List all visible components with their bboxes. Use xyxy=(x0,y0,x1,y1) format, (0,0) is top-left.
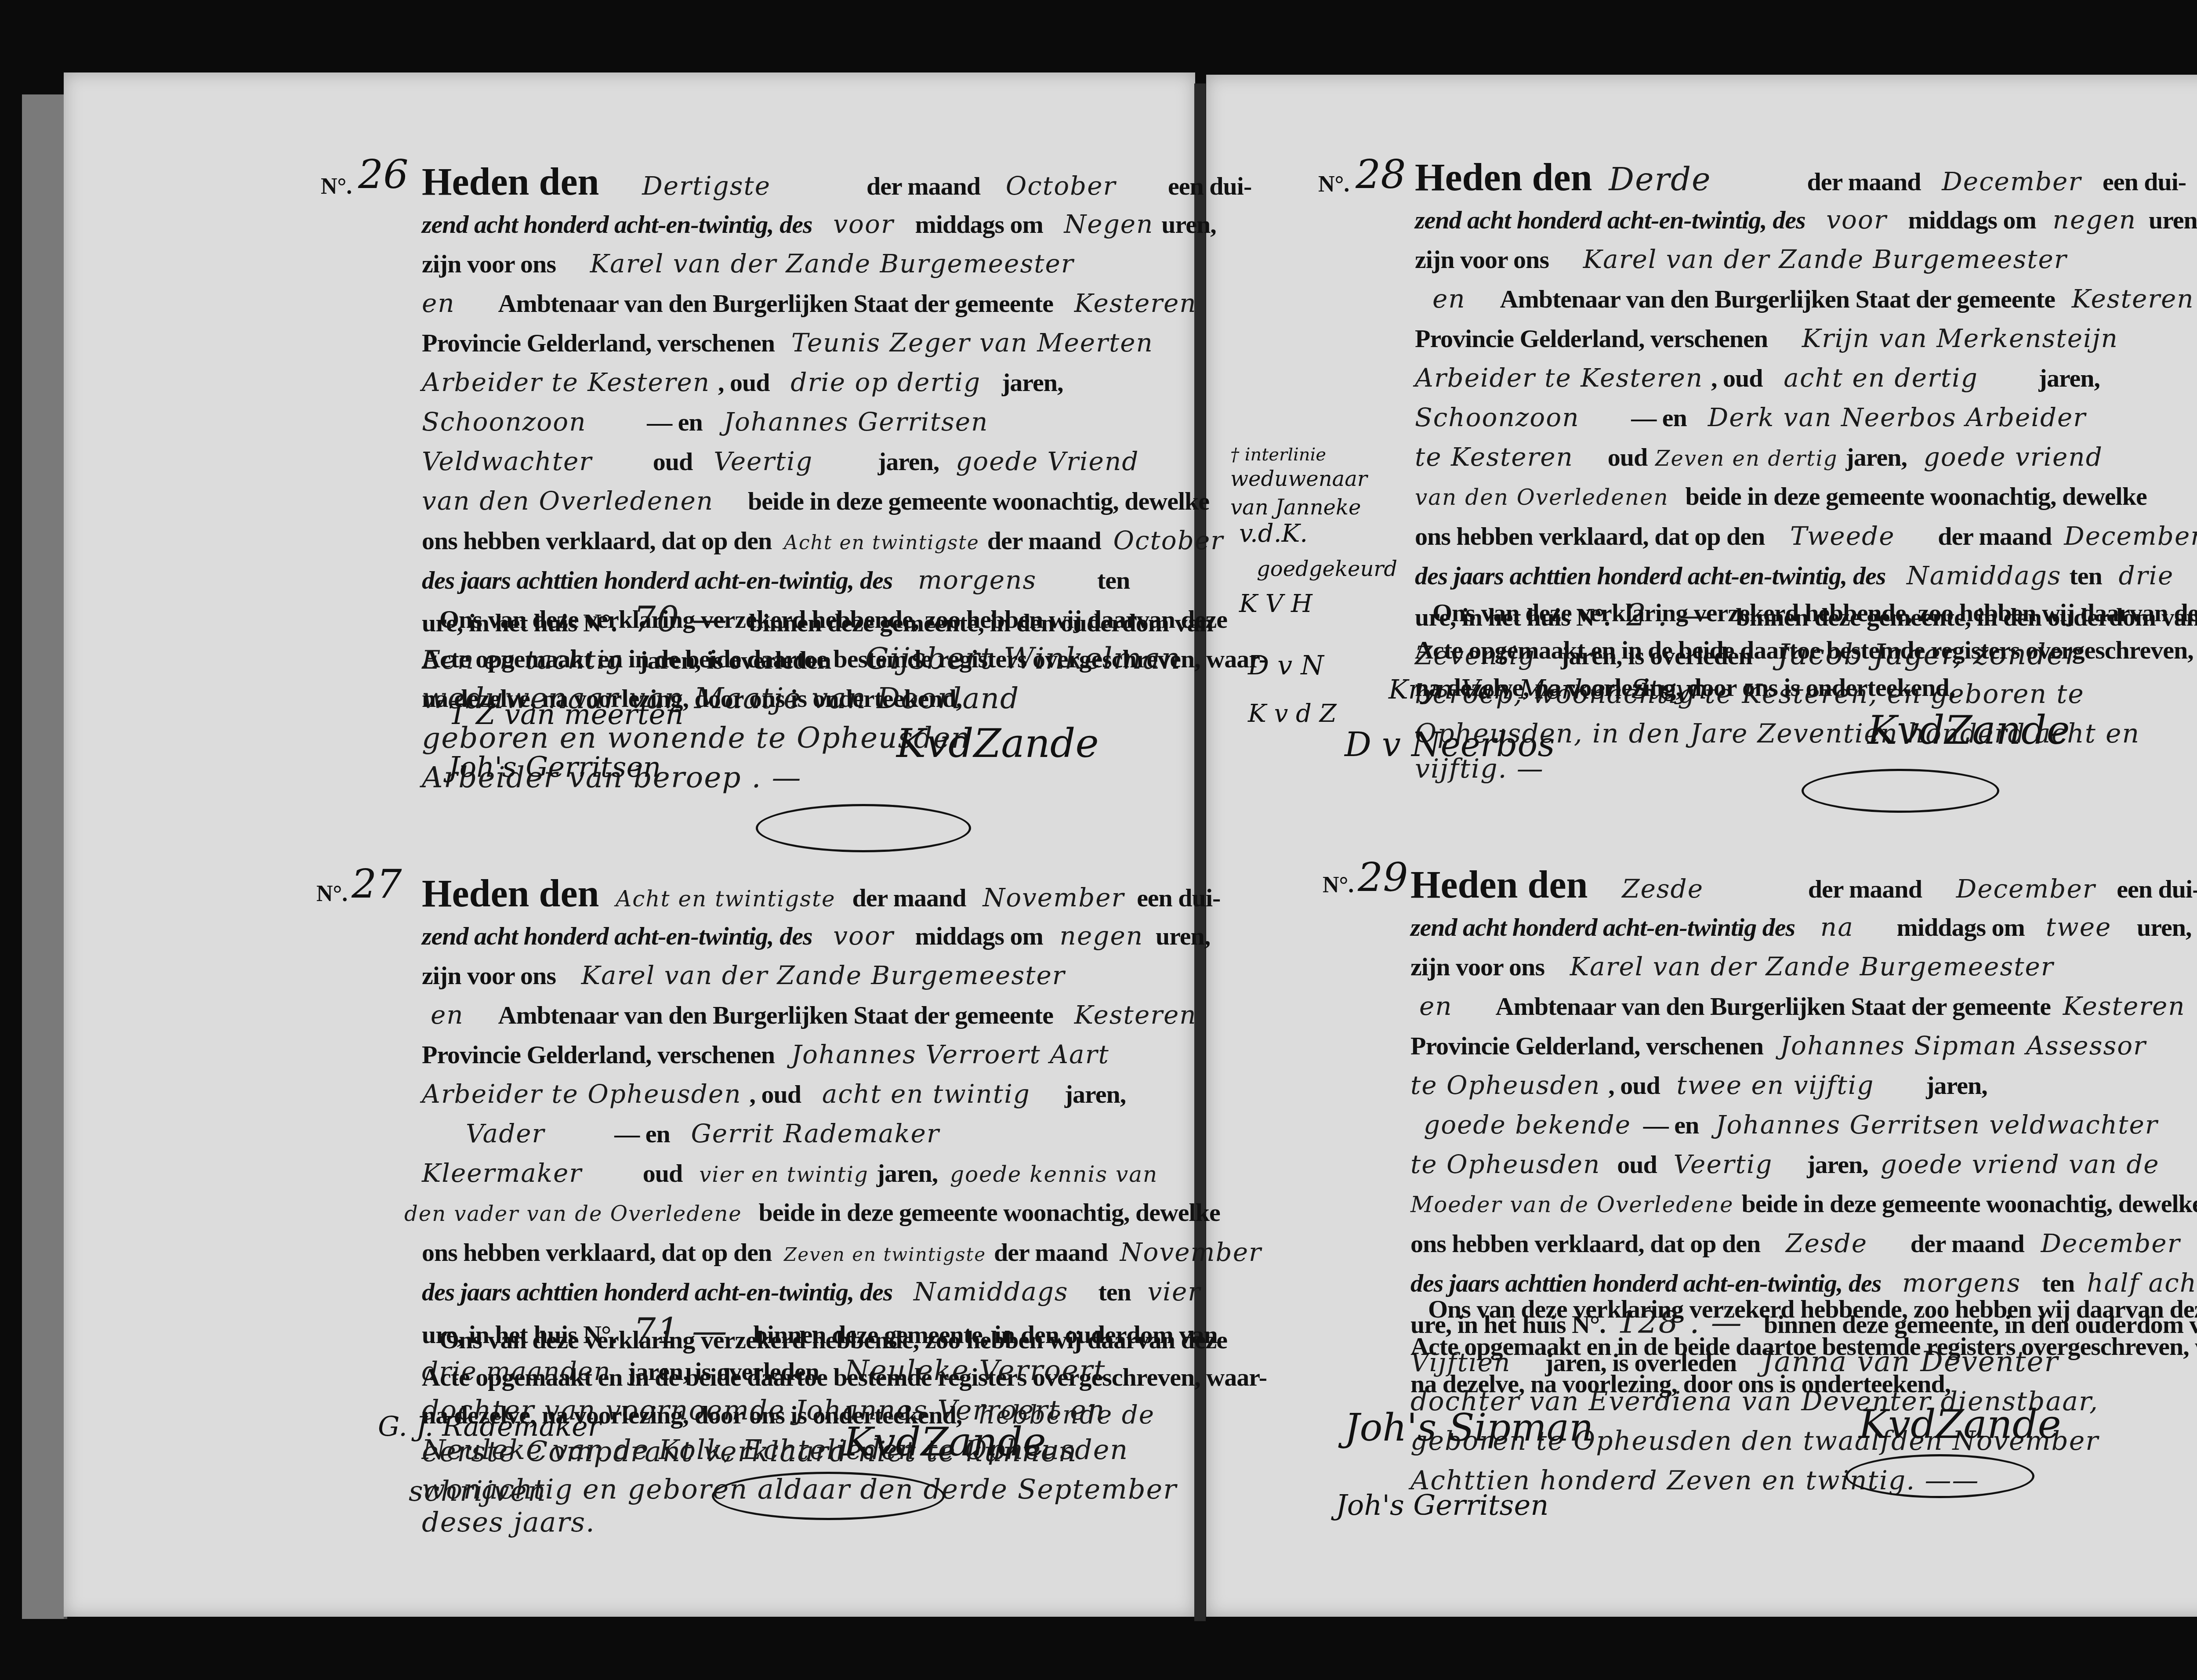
print-text: Heden den xyxy=(1410,864,1588,906)
handwritten-text: Arbeider te Kesteren xyxy=(1415,363,1703,393)
print-text: uren, xyxy=(2137,913,2191,941)
entry-line: des jaars achttien honderd acht-en-twint… xyxy=(1415,556,2174,595)
print-text: oud xyxy=(1608,443,1648,471)
entry-line: Arbeider te Opheusden , oud acht en twin… xyxy=(422,1074,1126,1114)
entry-line: Provincie Gelderland, verschenen Teunis … xyxy=(422,323,1153,362)
handwritten-text: den vader van de Overledene xyxy=(404,1202,742,1226)
print-text: Ons van deze verklaring verzekerd hebben… xyxy=(439,605,1227,634)
entry-line: van den Overledenen beide in deze gemeen… xyxy=(422,481,1209,521)
handwritten-text: en xyxy=(422,288,455,318)
print-text: ons hebben verklaard, dat op den xyxy=(1415,522,1765,550)
handwritten-month: October xyxy=(1006,171,1116,201)
print-text: Heden den xyxy=(422,161,599,203)
handwritten-text: Derk van Neerbos Arbeider xyxy=(1708,402,2086,432)
handwritten-text: voor xyxy=(833,209,894,239)
handwritten-text: goede vriend van de xyxy=(1881,1149,2160,1179)
entry-line: en Ambtenaar van den Burgerlijken Staat … xyxy=(1415,279,2194,319)
print-text: Heden den xyxy=(422,873,599,915)
handwritten-text: en xyxy=(1432,284,1466,314)
handwritten-text: drie op dertig xyxy=(790,367,981,397)
handwritten-text: Veertig xyxy=(1674,1149,1773,1179)
print-text: Provincie Gelderland, verschenen xyxy=(1415,324,1768,353)
entry-line: ons hebben verklaard, dat op den Zesde d… xyxy=(1410,1224,2180,1263)
handwritten-text: Karel van der Zande Burgemeester xyxy=(581,960,1066,990)
entry-line: zend acht honderd acht-en-twintig, des v… xyxy=(422,204,1216,244)
margin-note-line: v.d.K. xyxy=(1239,518,1308,549)
print-text: — en xyxy=(614,1119,670,1148)
entry-line: te Kesteren oud Zeven en dertig jaren, g… xyxy=(1415,437,2103,477)
handwritten-month: December xyxy=(1956,874,2096,904)
handwritten-text: goede kennis van xyxy=(950,1162,1158,1187)
signature-registrar: KvdZande xyxy=(896,721,1099,767)
closing-line: Ons van deze verklaring verzekerd hebben… xyxy=(1428,1289,2197,1329)
entry-line: zijn voor ons Karel van der Zande Burgem… xyxy=(1410,947,2054,986)
closing-line: Ons van deze verklaring verzekerd hebben… xyxy=(1432,593,2197,633)
entry-line: ons hebben verklaard, dat op den Acht en… xyxy=(422,521,1224,560)
closing-line: Acte opgemaakt en in de beide daartoe be… xyxy=(422,1358,1267,1397)
print-text: Acte opgemaakt en in de beide daartoe be… xyxy=(1410,1332,2197,1361)
margin-note-line: D v N xyxy=(1248,650,1324,681)
entry-line: den vader van de Overledene beide in dez… xyxy=(404,1193,1220,1232)
print-text: Ambtenaar van den Burgerlijken Staat der… xyxy=(498,289,1053,318)
entry-28: Heden den Derde der maand December een d… xyxy=(1415,158,2197,817)
print-text: ten xyxy=(2069,561,2102,590)
print-text: zijn voor ons xyxy=(1415,245,1549,274)
handwritten-text: Kesteren xyxy=(1074,1000,1197,1030)
print-text: middags om xyxy=(915,210,1043,239)
print-text: des jaars achttien honderd acht-en-twint… xyxy=(1415,561,1885,590)
closing-line: Ons van deze verklaring verzekerd hebben… xyxy=(439,1320,1227,1360)
entry-line: zend acht honderd acht-en-twintig, des v… xyxy=(422,916,1210,956)
book-left-edge xyxy=(22,94,67,1619)
print-text: des jaars achttien honderd acht-en-twint… xyxy=(422,566,892,594)
print-text: zend acht honderd acht-en-twintig, des xyxy=(422,922,812,950)
print-text: der maand xyxy=(1808,875,1922,903)
handwritten-text: Kesteren xyxy=(2072,284,2194,314)
entry-line: Provincie Gelderland, verschenen Krijn v… xyxy=(1415,319,2118,358)
print-text: der maand xyxy=(994,1238,1108,1267)
print-text: middags om xyxy=(915,922,1043,950)
entry-line: ons hebben verklaard, dat op den Tweede … xyxy=(1415,516,2197,556)
print-text: , oud xyxy=(1711,364,1763,392)
print-text: jaren, xyxy=(1845,443,1907,471)
print-text: der maand xyxy=(1938,522,2052,550)
handwritten-text: twee xyxy=(2046,912,2112,942)
print-text: zend acht honderd acht-en-twintig des xyxy=(1410,913,1795,941)
print-text: een dui- xyxy=(1168,172,1251,200)
signature-registrar: KvdZande xyxy=(1867,707,2070,753)
print-text: , oud xyxy=(718,368,770,397)
print-text: uren, xyxy=(2149,206,2197,234)
print-text: , oud xyxy=(749,1080,801,1108)
print-text: — en xyxy=(1643,1111,1699,1139)
handwritten-day: Acht en twintigste xyxy=(616,886,836,912)
entry-line: zijn voor ons Karel van der Zande Burgem… xyxy=(422,956,1066,995)
handwritten-text: na xyxy=(1820,912,1854,942)
handwritten-text: Johannes Gerritsen xyxy=(724,407,989,437)
closing-line: Ons van deze verklaring verzekerd hebben… xyxy=(439,600,1227,639)
handwritten-text: Kleermaker xyxy=(422,1158,582,1188)
print-text: jaren, xyxy=(878,447,939,476)
entry-number-label: N°. xyxy=(1318,171,1349,197)
handwritten-month: December xyxy=(1942,167,2081,196)
print-text: Ons van deze verklaring verzekerd hebben… xyxy=(1428,1295,2197,1323)
margin-note-line: goedgekeurd xyxy=(1257,554,1397,584)
closing-line: Acte opgemaakt en in de beide daartoe be… xyxy=(1410,1327,2197,1366)
handwritten-text: Vader xyxy=(466,1119,545,1148)
handwritten-text: negen xyxy=(1060,921,1144,951)
signature-flourish xyxy=(712,1472,945,1520)
handwritten-text: Zeven en twintigste xyxy=(784,1244,986,1265)
handwritten-month: November xyxy=(982,883,1124,912)
margin-note-line: K v d Z xyxy=(1248,699,1337,729)
entry-line: zend acht honderd acht-en-twintig, des v… xyxy=(1415,200,2197,239)
signature: Joh's Gerritsen xyxy=(1336,1489,1549,1522)
handwritten-text: goede Vriend xyxy=(956,446,1139,476)
print-text: der maand xyxy=(1911,1229,2024,1258)
handwritten-text: October xyxy=(1113,525,1224,555)
signature-flourish xyxy=(1845,1454,2034,1498)
print-text: Provincie Gelderland, verschenen xyxy=(1410,1032,1763,1060)
handwritten-text: Arbeider te Kesteren xyxy=(422,367,710,397)
entry-line: Veldwachter oud Veertig jaren, goede Vri… xyxy=(422,442,1139,481)
handwritten-text: drie xyxy=(2119,561,2174,590)
margin-note-line: K V H xyxy=(1239,589,1312,619)
handwritten-text: morgens xyxy=(918,565,1037,595)
handwritten-text: twee en vijftig xyxy=(1677,1070,1874,1100)
entry-line: en Ambtenaar van den Burgerlijken Staat … xyxy=(1410,986,2186,1026)
entry-line: Arbeider te Kesteren , oud drie op derti… xyxy=(422,362,1063,402)
print-text: na dezelve, na voorlezing, door ons is o… xyxy=(1410,1369,1950,1398)
handwritten-day: Dertigste xyxy=(642,171,771,201)
handwritten-text: December xyxy=(2041,1228,2181,1258)
handwritten-text: vier xyxy=(1148,1277,1201,1307)
print-text: Heden den xyxy=(1415,156,1592,199)
entry-line: Schoonzoon — en Johannes Gerritsen xyxy=(422,402,988,442)
handwritten-text: te Kesteren xyxy=(1415,442,1573,472)
print-text: zijn voor ons xyxy=(1410,952,1544,981)
handwritten-text: Namiddags xyxy=(914,1277,1069,1307)
signature: Joh's Gerritsen xyxy=(448,751,661,784)
handwritten-text: Zeven en dertig xyxy=(1655,446,1838,471)
print-text: Acte opgemaakt en in de beide daartoe be… xyxy=(422,644,1267,673)
entry-line: Heden den Dertigste der maand October ee… xyxy=(422,163,1251,202)
entry-line: zijn voor ons Karel van der Zande Burgem… xyxy=(1415,239,2067,279)
handwritten-text: Kesteren xyxy=(2063,991,2186,1021)
signature: T Z van meerten xyxy=(448,699,684,731)
print-text: — en xyxy=(1631,403,1687,432)
entry-line: des jaars achttien honderd acht-en-twint… xyxy=(422,560,1130,600)
entry-line: Provincie Gelderland, verschenen Johanne… xyxy=(422,1035,1109,1074)
handwritten-text: goede vriend xyxy=(1924,442,2103,472)
print-text: uren, xyxy=(1161,210,1216,239)
handwritten-text: voor xyxy=(1826,205,1887,235)
handwritten-text: Acht en twintigste xyxy=(784,532,979,554)
print-text: Provincie Gelderland, verschenen xyxy=(422,1040,775,1069)
print-text: beide in deze gemeente woonachtig, dewel… xyxy=(1686,482,2147,511)
entry-line: Arbeider te Kesteren , oud acht en derti… xyxy=(1415,358,2100,398)
entry-number-label: N°. xyxy=(321,174,352,199)
closing-line: schrijven xyxy=(409,1472,547,1511)
entry-line: Vader — en Gerrit Rademaker xyxy=(422,1114,940,1153)
closing-line: na dezelve, na voorlezing, door ons is o… xyxy=(1410,1364,1950,1404)
print-text: een dui- xyxy=(2103,167,2186,196)
print-text: jaren, xyxy=(1065,1080,1126,1108)
print-text: jaren, xyxy=(1002,368,1063,397)
handwritten-text: vier en twintig xyxy=(699,1162,869,1187)
handwritten-text: acht en twintig xyxy=(822,1079,1030,1109)
margin-note: † interlinie weduwenaar van Janneke v.d.… xyxy=(1213,439,1410,747)
handwritten-text: Zesde xyxy=(1786,1228,1867,1258)
print-text: — en xyxy=(647,408,703,436)
print-text: zijn voor ons xyxy=(422,961,556,990)
entry-line: en Ambtenaar van den Burgerlijken Staat … xyxy=(422,995,1197,1035)
print-text: ten xyxy=(1098,1278,1131,1306)
print-text: zijn voor ons xyxy=(422,250,556,278)
entry-line: goede bekende — en Johannes Gerritsen ve… xyxy=(1410,1105,2158,1144)
entry-line: Heden den Acht en twintigste der maand N… xyxy=(422,874,1220,914)
print-text: middags om xyxy=(1908,206,2036,234)
print-text: der maand xyxy=(852,883,966,912)
handwritten-text: voor xyxy=(833,921,894,951)
handwritten-text: Veertig xyxy=(714,446,813,476)
handwritten-day: Derde xyxy=(1609,161,1711,198)
entry-number: 27 xyxy=(352,861,402,907)
handwritten-text: Karel van der Zande Burgemeester xyxy=(590,249,1074,279)
print-text: Ambtenaar van den Burgerlijken Staat der… xyxy=(1500,285,2055,313)
print-text: Ambtenaar van den Burgerlijken Staat der… xyxy=(1496,992,2051,1021)
handwritten-text: en xyxy=(1419,991,1453,1021)
handwritten-text: Johannes Sipman Assessor xyxy=(1780,1031,2146,1061)
handwritten-text: van den Overledenen xyxy=(422,486,714,516)
closing-line: Acte opgemaakt en in de beide daartoe be… xyxy=(422,639,1267,679)
print-text: Ons van deze verklaring verzekerd hebben… xyxy=(1432,598,2197,627)
handwritten-text: Arbeider te Opheusden xyxy=(422,1079,742,1109)
signature: Kryn Van Merken Steyn xyxy=(1389,674,1707,705)
entry-number-label: N°. xyxy=(1323,872,1354,898)
signature-registrar: KvdZande xyxy=(1859,1401,2061,1448)
entry-line: Moeder van de Overledene beide in deze g… xyxy=(1410,1184,2197,1224)
handwritten-text: negen xyxy=(2053,205,2137,235)
handwritten-text: November xyxy=(1120,1237,1262,1267)
print-text: der maand xyxy=(866,172,980,200)
print-text: een dui- xyxy=(1137,883,1220,912)
handwritten-text: Krijn van Merkensteijn xyxy=(1802,323,2118,353)
handwritten-text: Schoonzoon xyxy=(1415,402,1580,432)
print-text: des jaars achttien honderd acht-en-twint… xyxy=(422,1278,892,1306)
entry-line: Provincie Gelderland, verschenen Johanne… xyxy=(1410,1026,2146,1065)
handwritten-text: Schoonzoon xyxy=(422,407,587,437)
entry-line: zijn voor ons Karel van der Zande Burgem… xyxy=(422,244,1074,283)
handwritten-text: te Opheusden xyxy=(1410,1070,1600,1100)
handwritten-text: Veldwachter xyxy=(422,446,592,476)
entry-number: 26 xyxy=(358,152,409,198)
print-text: middags om xyxy=(1897,913,2025,941)
entry-line: Heden den Zesde der maand December een d… xyxy=(1410,865,2197,905)
entry-line: Heden den Derde der maand December een d… xyxy=(1415,158,2186,198)
entry-number: 28 xyxy=(1356,152,1406,198)
print-text: beide in deze gemeente woonachtig, dewel… xyxy=(1741,1189,2197,1218)
handwritten-text: December xyxy=(2064,521,2197,551)
print-text: der maand xyxy=(987,526,1101,555)
print-text: Provincie Gelderland, verschenen xyxy=(422,329,775,357)
handwritten-text: schrijven xyxy=(409,1475,547,1508)
signature-registrar: KvdZande xyxy=(844,1419,1046,1465)
print-text: zend acht honderd acht-en-twintig, des xyxy=(1415,206,1805,234)
print-text: ons hebben verklaard, dat op den xyxy=(1410,1229,1760,1258)
entry-line: te Opheusden , oud twee en vijftig jaren… xyxy=(1410,1065,1987,1105)
print-text: Acte opgemaakt en in de beide daartoe be… xyxy=(422,1363,1267,1391)
entry-number: 29 xyxy=(1358,854,1408,901)
signature: Joh's Sipman xyxy=(1345,1406,1593,1450)
handwritten-text: Negen xyxy=(1064,209,1154,239)
print-text: ten xyxy=(1097,566,1130,594)
entry-line: Schoonzoon — en Derk van Neerbos Arbeide… xyxy=(1415,398,2086,437)
print-text: een dui- xyxy=(2117,875,2197,903)
handwritten-text: Moeder van de Overledene xyxy=(1410,1192,1734,1217)
handwritten-text: en xyxy=(431,1000,464,1030)
print-text: jaren, xyxy=(1807,1150,1868,1179)
handwritten-text: te Opheusden xyxy=(1410,1149,1600,1179)
handwritten-text: Karel van der Zande Burgemeester xyxy=(1583,244,2067,274)
entry-line: ons hebben verklaard, dat op den Zeven e… xyxy=(422,1232,1262,1272)
entry-line: van den Overledenen beide in deze gemeen… xyxy=(1415,477,2147,516)
entry-line: te Opheusden oud Veertig jaren, goede vr… xyxy=(1410,1144,2160,1184)
entry-line: des jaars achttien honderd acht-en-twint… xyxy=(422,1272,1201,1311)
signature-flourish xyxy=(756,804,971,852)
handwritten-text: Johannes Verroert Aart xyxy=(791,1039,1109,1069)
print-text: jaren, xyxy=(877,1159,938,1188)
print-text: ons hebben verklaard, dat op den xyxy=(422,526,772,555)
print-text: uren, xyxy=(1156,922,1210,950)
print-text: oud xyxy=(653,447,693,476)
entry-number-label: N°. xyxy=(316,881,348,907)
handwritten-text: Tweede xyxy=(1790,521,1895,551)
handwritten-text: Karel van der Zande Burgemeester xyxy=(1570,952,2054,981)
handwritten-text: Teunis Zeger van Meerten xyxy=(791,328,1153,358)
print-text: der maand xyxy=(1807,167,1921,196)
entry-line: Kleermaker oud vier en twintig jaren, go… xyxy=(422,1153,1158,1193)
print-text: oud xyxy=(643,1159,683,1188)
handwritten-text: van den Overledenen xyxy=(1415,485,1669,510)
signature: G. J. Rademaker xyxy=(378,1410,601,1442)
signature-flourish xyxy=(1802,769,1999,813)
print-text: oud xyxy=(1617,1150,1657,1179)
handwritten-text: Namiddags xyxy=(1907,561,2062,590)
print-text: ons hebben verklaard, dat op den xyxy=(422,1238,772,1267)
print-text: zend acht honderd acht-en-twintig, des xyxy=(422,210,812,239)
handwritten-day: Zesde xyxy=(1622,874,1704,904)
handwritten-text: Johannes Gerritsen veldwachter xyxy=(1715,1110,2158,1140)
handwritten-text: Kesteren xyxy=(1074,288,1197,318)
print-text: Acte opgemaakt en in de beide daartoe be… xyxy=(1415,636,2197,664)
entry-line: en Ambtenaar van den Burgerlijken Staat … xyxy=(422,283,1197,323)
print-text: jaren, xyxy=(1926,1071,1987,1100)
handwritten-text: acht en dertig xyxy=(1784,363,1978,393)
print-text: Ons van deze verklaring verzekerd hebben… xyxy=(439,1325,1227,1354)
print-text: beide in deze gemeente woonachtig, dewel… xyxy=(748,487,1209,515)
margin-note-line: weduwenaar xyxy=(1230,463,1367,494)
print-text: jaren, xyxy=(2039,364,2100,392)
print-text: , oud xyxy=(1608,1071,1660,1100)
handwritten-text: goede bekende xyxy=(1424,1110,1631,1140)
print-text: Ambtenaar van den Burgerlijken Staat der… xyxy=(498,1001,1053,1029)
entry-line: zend acht honderd acht-en-twintig des na… xyxy=(1410,907,2192,947)
print-text: beide in deze gemeente woonachtig, dewel… xyxy=(759,1198,1220,1227)
closing-line: Acte opgemaakt en in de beide daartoe be… xyxy=(1415,630,2197,670)
handwritten-text: Gerrit Rademaker xyxy=(691,1119,939,1148)
